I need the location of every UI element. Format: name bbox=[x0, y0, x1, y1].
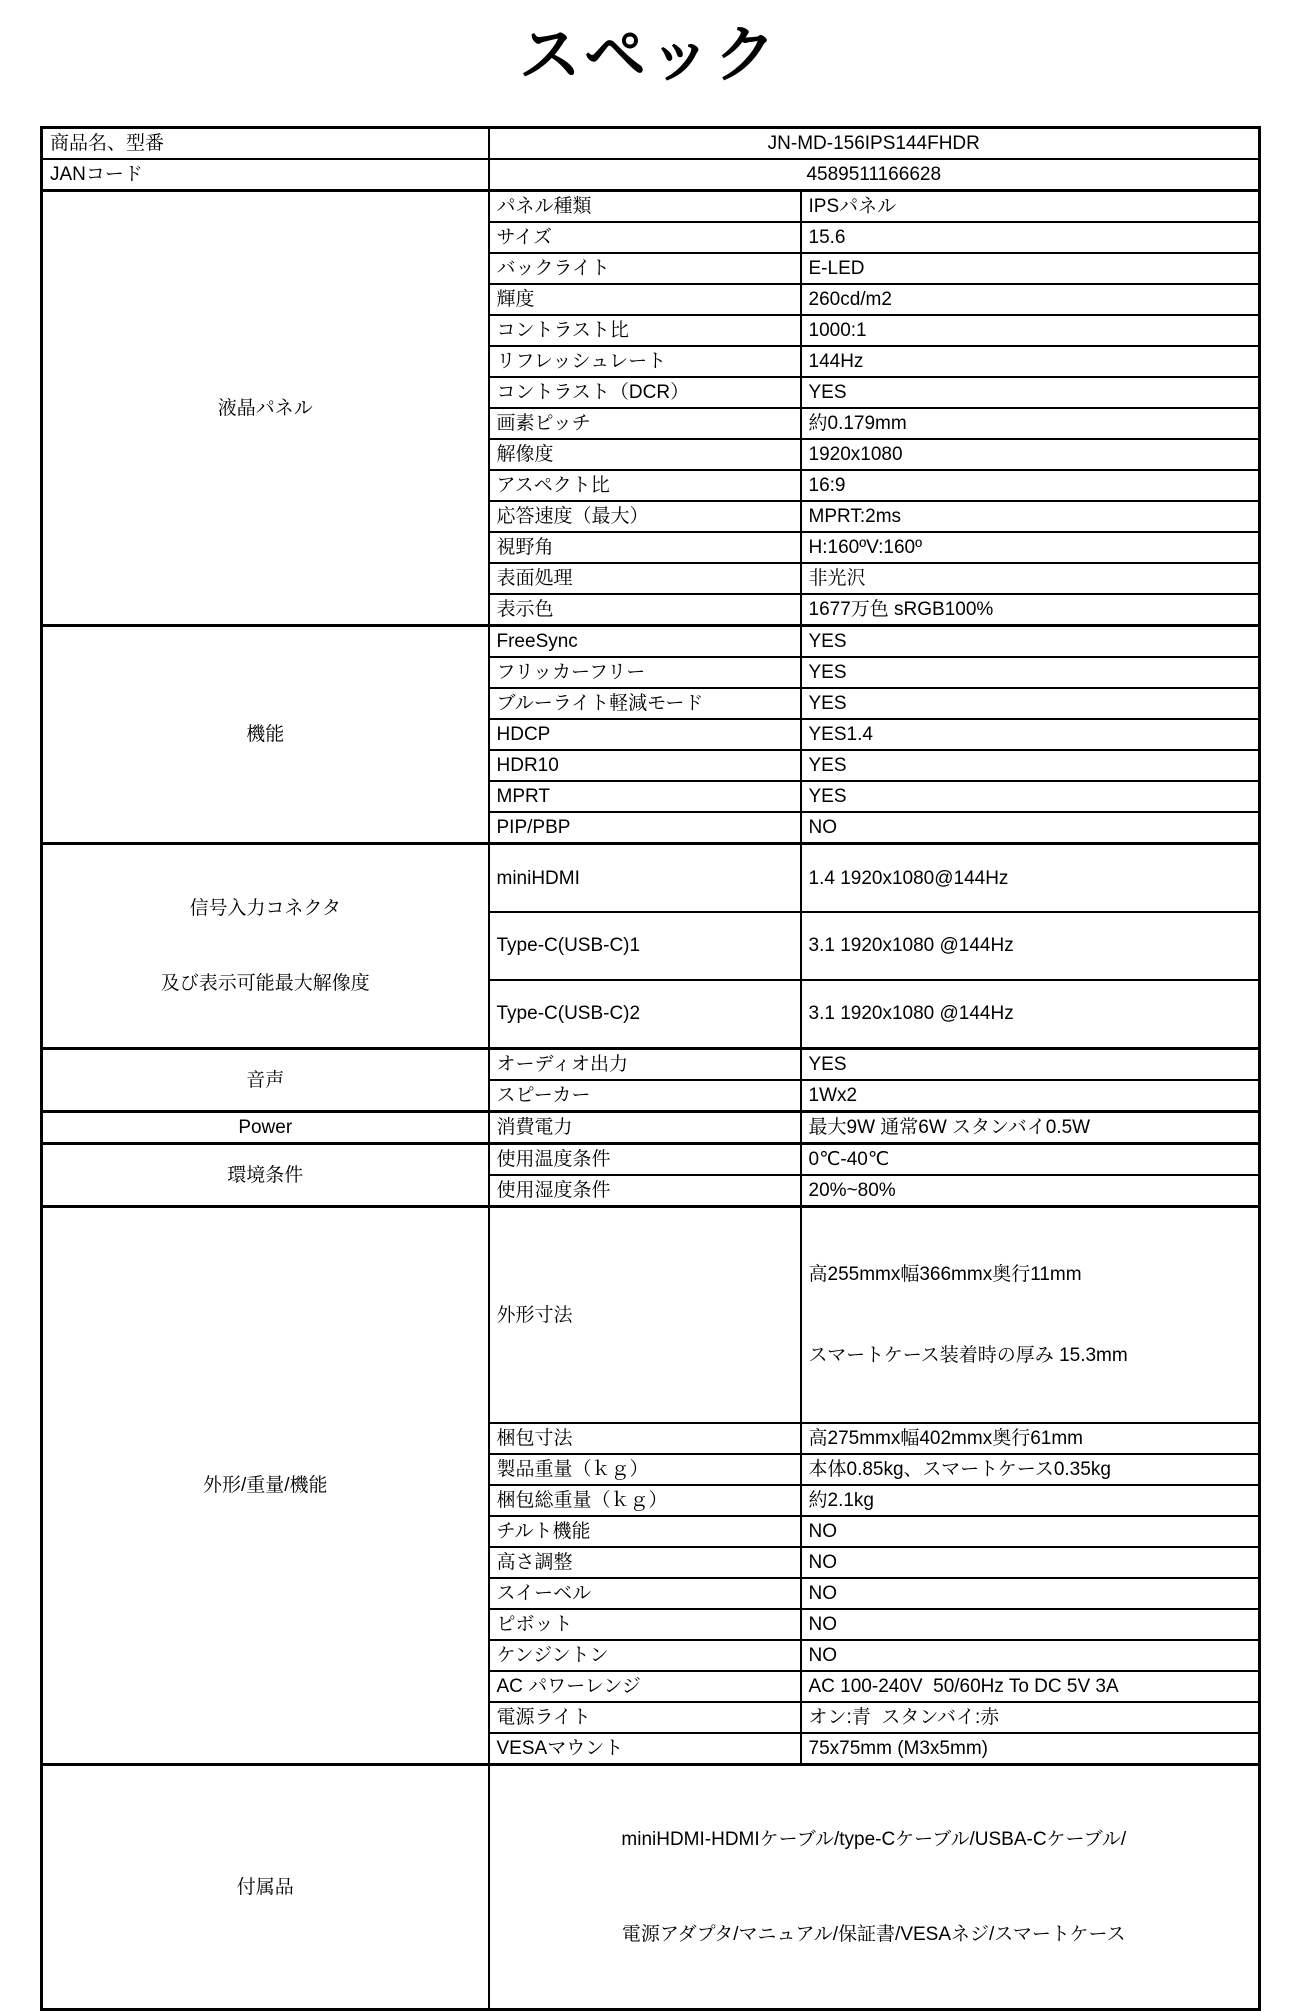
spec-label: 使用温度条件 bbox=[489, 1144, 801, 1176]
table-row: 信号入力コネクタ 及び表示可能最大解像度 miniHDMI 1.4 1920x1… bbox=[42, 844, 1260, 913]
spec-label: HDCP bbox=[489, 719, 801, 750]
spec-label: 使用湿度条件 bbox=[489, 1175, 801, 1207]
spec-value: NO bbox=[801, 1640, 1260, 1671]
group-cell-lcd-panel: 液晶パネル bbox=[42, 191, 489, 626]
spec-label: コントラスト（DCR） bbox=[489, 377, 801, 408]
spec-value: NO bbox=[801, 812, 1260, 844]
spec-value: MPRT:2ms bbox=[801, 501, 1260, 532]
page-title: スペック bbox=[40, 12, 1258, 100]
spec-value: オン:青 スタンバイ:赤 bbox=[801, 1702, 1260, 1733]
spec-label: サイズ bbox=[489, 222, 801, 253]
spec-label: ケンジントン bbox=[489, 1640, 801, 1671]
table-row: 機能 FreeSync YES bbox=[42, 626, 1260, 658]
spec-value: NO bbox=[801, 1516, 1260, 1547]
spec-label: バックライト bbox=[489, 253, 801, 284]
spec-value: 144Hz bbox=[801, 346, 1260, 377]
spec-label: Type-C(USB-C)1 bbox=[489, 912, 801, 980]
spec-label: 商品名、型番 bbox=[42, 128, 489, 160]
spec-label: ブルーライト軽減モード bbox=[489, 688, 801, 719]
spec-label: 梱包寸法 bbox=[489, 1423, 801, 1454]
table-row: Power 消費電力 最大9W 通常6W スタンバイ0.5W bbox=[42, 1112, 1260, 1144]
group-label-line: 及び表示可能最大解像度 bbox=[50, 971, 481, 996]
spec-value: NO bbox=[801, 1547, 1260, 1578]
spec-label: VESAマウント bbox=[489, 1733, 801, 1765]
group-cell-environment: 環境条件 bbox=[42, 1144, 489, 1207]
spec-value-line: 高255mmx幅366mmx奥行11mm bbox=[809, 1259, 1252, 1290]
spec-value: YES bbox=[801, 626, 1260, 658]
spec-label: 画素ピッチ bbox=[489, 408, 801, 439]
spec-value: 4589511166628 bbox=[489, 159, 1260, 191]
table-row: 外形/重量/機能 外形寸法 高255mmx幅366mmx奥行11mm スマートケ… bbox=[42, 1207, 1260, 1424]
spec-label: 消費電力 bbox=[489, 1112, 801, 1144]
spec-label: フリッカーフリー bbox=[489, 657, 801, 688]
spec-value: 1677万色 sRGB100% bbox=[801, 594, 1260, 626]
spec-label: 高さ調整 bbox=[489, 1547, 801, 1578]
spec-label: HDR10 bbox=[489, 750, 801, 781]
spec-table: 商品名、型番 JN-MD-156IPS144FHDR JANコード 458951… bbox=[40, 126, 1261, 2011]
spec-value: 75x75mm (M3x5mm) bbox=[801, 1733, 1260, 1765]
table-row: 付属品 miniHDMI-HDMIケーブル/type-Cケーブル/USBA-Cケ… bbox=[42, 1765, 1260, 2010]
spec-label: スピーカー bbox=[489, 1080, 801, 1112]
spec-value: YES bbox=[801, 688, 1260, 719]
spec-value: 最大9W 通常6W スタンバイ0.5W bbox=[801, 1112, 1260, 1144]
group-label-line: 信号入力コネクタ bbox=[50, 896, 481, 921]
table-row: 環境条件 使用温度条件 0℃-40℃ bbox=[42, 1144, 1260, 1176]
table-row: 液晶パネル パネル種類 IPSパネル bbox=[42, 191, 1260, 223]
spec-label: オーディオ出力 bbox=[489, 1049, 801, 1081]
spec-value: 20%~80% bbox=[801, 1175, 1260, 1207]
spec-value: 約0.179mm bbox=[801, 408, 1260, 439]
group-cell-audio: 音声 bbox=[42, 1049, 489, 1112]
spec-value: E-LED bbox=[801, 253, 1260, 284]
spec-label: リフレッシュレート bbox=[489, 346, 801, 377]
spec-label: 輝度 bbox=[489, 284, 801, 315]
spec-value: 1920x1080 bbox=[801, 439, 1260, 470]
spec-label: コントラスト比 bbox=[489, 315, 801, 346]
spec-label: アスペクト比 bbox=[489, 470, 801, 501]
spec-value: 0℃-40℃ bbox=[801, 1144, 1260, 1176]
spec-label: AC パワーレンジ bbox=[489, 1671, 801, 1702]
spec-value: NO bbox=[801, 1609, 1260, 1640]
group-cell-features: 機能 bbox=[42, 626, 489, 844]
spec-value: 260cd/m2 bbox=[801, 284, 1260, 315]
spec-label: スイーベル bbox=[489, 1578, 801, 1609]
spec-label: 応答速度（最大） bbox=[489, 501, 801, 532]
spec-value: 3.1 1920x1080 @144Hz bbox=[801, 912, 1260, 980]
spec-label: チルト機能 bbox=[489, 1516, 801, 1547]
spec-value: miniHDMI-HDMIケーブル/type-Cケーブル/USBA-Cケーブル/… bbox=[489, 1765, 1260, 2010]
table-row: 商品名、型番 JN-MD-156IPS144FHDR bbox=[42, 128, 1260, 160]
table-row: JANコード 4589511166628 bbox=[42, 159, 1260, 191]
spec-value: JN-MD-156IPS144FHDR bbox=[489, 128, 1260, 160]
group-cell-accessories: 付属品 bbox=[42, 1765, 489, 2010]
group-cell-power: Power bbox=[42, 1112, 489, 1144]
spec-value: 1Wx2 bbox=[801, 1080, 1260, 1112]
spec-label: 表示色 bbox=[489, 594, 801, 626]
spec-label: PIP/PBP bbox=[489, 812, 801, 844]
spec-label: 外形寸法 bbox=[489, 1207, 801, 1424]
spec-value: 高255mmx幅366mmx奥行11mm スマートケース装着時の厚み 15.3m… bbox=[801, 1207, 1260, 1424]
spec-value: YES bbox=[801, 657, 1260, 688]
spec-value-line: miniHDMI-HDMIケーブル/type-Cケーブル/USBA-Cケーブル/ bbox=[497, 1817, 1252, 1862]
spec-label: 視野角 bbox=[489, 532, 801, 563]
spec-value-line: 電源アダプタ/マニュアル/保証書/VESAネジ/スマートケース bbox=[497, 1912, 1252, 1957]
spec-value: YES bbox=[801, 750, 1260, 781]
spec-label: Type-C(USB-C)2 bbox=[489, 980, 801, 1049]
spec-label: miniHDMI bbox=[489, 844, 801, 913]
spec-value: 高275mmx幅402mmx奥行61mm bbox=[801, 1423, 1260, 1454]
spec-value: AC 100-240V 50/60Hz To DC 5V 3A bbox=[801, 1671, 1260, 1702]
group-cell-signal-input: 信号入力コネクタ 及び表示可能最大解像度 bbox=[42, 844, 489, 1049]
spec-value: 非光沢 bbox=[801, 563, 1260, 594]
spec-label: 表面処理 bbox=[489, 563, 801, 594]
spec-value: YES bbox=[801, 781, 1260, 812]
table-row: 音声 オーディオ出力 YES bbox=[42, 1049, 1260, 1081]
spec-value-line: スマートケース装着時の厚み 15.3mm bbox=[809, 1340, 1252, 1371]
spec-value: YES1.4 bbox=[801, 719, 1260, 750]
spec-value: 本体0.85kg、スマートケース0.35kg bbox=[801, 1454, 1260, 1485]
spec-value: 1.4 1920x1080@144Hz bbox=[801, 844, 1260, 913]
spec-label: パネル種類 bbox=[489, 191, 801, 223]
spec-label: MPRT bbox=[489, 781, 801, 812]
spec-label: JANコード bbox=[42, 159, 489, 191]
spec-label: FreeSync bbox=[489, 626, 801, 658]
spec-label: 梱包総重量（ｋｇ） bbox=[489, 1485, 801, 1516]
spec-value: 3.1 1920x1080 @144Hz bbox=[801, 980, 1260, 1049]
spec-label: 解像度 bbox=[489, 439, 801, 470]
spec-label: 製品重量（ｋｇ） bbox=[489, 1454, 801, 1485]
spec-value: NO bbox=[801, 1578, 1260, 1609]
spec-value: 約2.1kg bbox=[801, 1485, 1260, 1516]
group-cell-dimensions: 外形/重量/機能 bbox=[42, 1207, 489, 1765]
spec-value: YES bbox=[801, 377, 1260, 408]
spec-value: 15.6 bbox=[801, 222, 1260, 253]
spec-value: 16:9 bbox=[801, 470, 1260, 501]
spec-value: H:160ºV:160º bbox=[801, 532, 1260, 563]
spec-value: YES bbox=[801, 1049, 1260, 1081]
spec-label: ピボット bbox=[489, 1609, 801, 1640]
spec-value: IPSパネル bbox=[801, 191, 1260, 223]
spec-value: 1000:1 bbox=[801, 315, 1260, 346]
spec-label: 電源ライト bbox=[489, 1702, 801, 1733]
